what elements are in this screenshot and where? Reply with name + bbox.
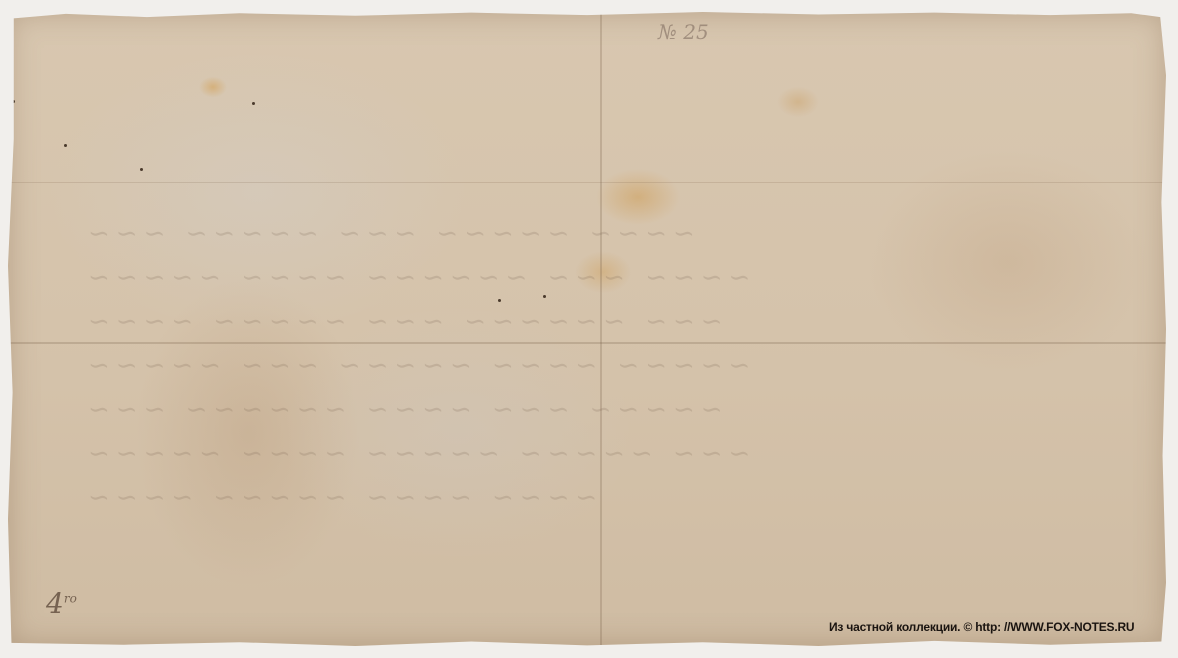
paper-speck (543, 295, 546, 298)
banknote-paper: ∽∽∽ ∽∽∽∽∽ ∽∽∽ ∽∽∽∽∽ ∽∽∽∽ ∽∽∽∽∽ ∽∽∽∽ ∽∽∽∽… (8, 12, 1166, 646)
handwritten-number-top: № 25 (658, 20, 709, 44)
faded-print-text: ∽∽∽ ∽∽∽∽∽ ∽∽∽ ∽∽∽∽∽ ∽∽∽∽ ∽∽∽∽∽ ∽∽∽∽ ∽∽∽∽… (88, 212, 1088, 520)
corner-superscript: ro (64, 592, 77, 606)
paper-speck (140, 168, 143, 171)
corner-digit: 4 (46, 587, 64, 620)
collection-caption: Из частной коллекции. © http: //WWW.FOX-… (829, 620, 1134, 634)
paper-speck (498, 299, 501, 302)
handwritten-mark-corner: 4ro (46, 587, 77, 620)
upper-fold-crease (8, 182, 1166, 183)
paper-speck (12, 100, 15, 103)
paper-speck (252, 102, 255, 105)
paper-speck (64, 144, 67, 147)
